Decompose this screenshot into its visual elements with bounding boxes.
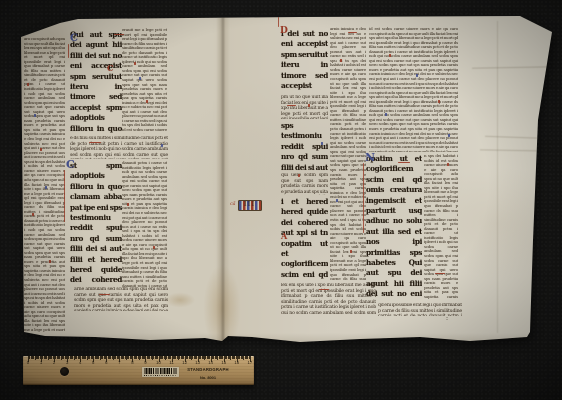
- rubric-underline: [89, 142, 101, 143]
- illuminated-initial: D: [280, 27, 288, 36]
- left-inner-gloss-upper: erauit me a lege pcti et mort qd eni ipo…: [122, 28, 167, 134]
- manuscript-leaf: aro cocupiscit adu spm ut no que uult il…: [17, 13, 557, 345]
- ruler-model-label: No. 8001: [173, 376, 243, 380]
- rubric-underline: [319, 289, 329, 290]
- illuminated-initial: A: [281, 232, 287, 240]
- parchment-crease: [485, 136, 555, 139]
- right-gloss-inset-1: pm ut no que uult illa faciat lex eni sp…: [281, 95, 328, 119]
- illuminated-initial: C: [66, 159, 75, 170]
- left-margin-gloss-column: aro cocupiscit adu spm ut no que uult il…: [24, 37, 65, 332]
- rubric-underline: [398, 162, 410, 163]
- right-gloss-inset-2: qui uero scdm spm que sut sps nam prudet…: [281, 173, 328, 195]
- ruler-cm-label: 7: [118, 361, 120, 365]
- left-main-text-upper: Qui aut spu dei agunt hii filii dei sut …: [70, 30, 122, 135]
- illuminated-initial: N: [365, 152, 375, 163]
- ruler-cm-label: 16: [234, 361, 239, 365]
- ruler: 01234567891011121314151617 STANDARDGRAPH…: [23, 356, 254, 385]
- right-center-gloss-column: arnis inimica e deo legi eni dei no e su…: [330, 27, 366, 281]
- right-main-text-2: sps testimoniu reddit spui nro qd sum fi…: [281, 121, 328, 171]
- rubric-underline: [435, 273, 445, 274]
- ruler-cm-label: 3: [66, 361, 68, 365]
- pen-flourish: [68, 44, 69, 58]
- right-gloss-last-lines: qd eni ipossibile erat legi i quo ifirma…: [378, 303, 462, 316]
- parchment-surface: aro cocupiscit adu spm ut no que uult il…: [17, 13, 557, 345]
- ruler-cm-label: 12: [182, 361, 187, 365]
- rubric-underline: [287, 105, 296, 106]
- right-main-text-1: i dei sut no eni accepist spm seruitut i…: [281, 29, 328, 93]
- ruler-cm-label: 8: [131, 361, 133, 365]
- ruler-cm-label: 4: [79, 361, 81, 365]
- chapter-mark-numeral: III: [238, 200, 262, 211]
- left-inner-gloss-lower: danauit pctm i carne ut iustificatio leg…: [122, 161, 167, 287]
- rubric-underline: [114, 34, 124, 35]
- gutter-fold: [216, 13, 230, 345]
- ruler-cm-label: 15: [221, 361, 226, 365]
- parchment-crease: [472, 66, 554, 68]
- pen-flourish: [278, 15, 279, 27]
- ruler-hole: [60, 367, 69, 376]
- ruler-cm-label: 10: [156, 361, 161, 365]
- ruler-cm-label: 2: [53, 361, 55, 365]
- pen-flourish: [64, 170, 65, 222]
- ruler-cm-label: 5: [92, 361, 94, 365]
- ruler-cm-label: 11: [169, 361, 173, 365]
- right-main-text-3: i et hered hered quide dei cohered aut x…: [281, 197, 328, 281]
- ruler-cm-label: 6: [105, 361, 107, 365]
- right-main-text-4: opatim ut et coglorificem scim eni qd om…: [366, 154, 422, 300]
- illuminated-initial: C: [70, 34, 78, 44]
- ruler-cm-label: 9: [144, 361, 146, 365]
- quire-mark: :: [446, 316, 448, 322]
- ruler-brand-label: STANDARDGRAPH: [173, 368, 243, 372]
- ruler-cm-label: 0: [27, 361, 29, 365]
- left-gloss-band-bottom: arne ambulam sed scdm spm qui eni scdm c…: [74, 287, 168, 311]
- chapter-number-mark: cã III: [230, 200, 262, 211]
- vertical-crease: [497, 21, 498, 333]
- ruler-cm-label: 17: [247, 361, 252, 365]
- right-outer-gloss-column: n sps dei habitat i uobis id est scdm ca…: [424, 154, 458, 300]
- parchment-crease: [480, 149, 555, 151]
- ruler-cm-label: 14: [208, 361, 213, 365]
- left-gloss-band-middle: e ds filiu suu mittes i similitudine car…: [70, 136, 168, 159]
- left-main-text-lower: st spm adoptiois filioru in quo clamam a…: [70, 161, 122, 283]
- ruler-cm-label: 1: [40, 361, 42, 365]
- chapter-mark-prefix: cã: [230, 203, 236, 208]
- rubric-underline: [99, 294, 110, 295]
- right-wide-gloss-column: id est scdm carne uiuere mors e aie qa c…: [369, 27, 458, 152]
- pen-flourish: [363, 163, 364, 233]
- ruler-cm-label: 13: [195, 361, 200, 365]
- right-gloss-band-bottom: lex eni sps uite i xpo ihu liberauit me …: [281, 283, 376, 314]
- illuminated-initial: C: [107, 64, 113, 72]
- rubric-underline: [348, 32, 357, 33]
